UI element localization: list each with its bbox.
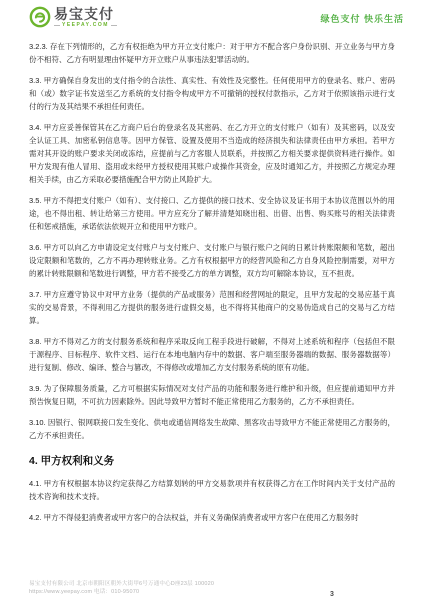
logo-text: 易宝支付 YEEPAY.COM <box>54 7 117 28</box>
paragraph-3-6: 3.6. 甲方可以向乙方申请设定支付账户与支付账户、支付账户与银行账户之间的日累… <box>29 241 395 280</box>
footer-address: 易宝支付有限公司 北京市朝阳区朝外大街甲6号万通中心D座23层 100020 <box>29 580 214 588</box>
page-number: 3 <box>330 591 334 598</box>
paragraph-3-5: 3.5. 甲方不得把支付账户（如有）、支付接口、乙方提供的接口技术、安全协议及证… <box>29 194 395 233</box>
paragraph-3-3: 3.3. 甲方确保自身发出的支付指令的合法性、真实性、有效性及完整性。任何使用甲… <box>29 74 395 113</box>
document-body: 3.2.3. 存在下列情形的，乙方有权拒绝为甲方开立支付账户：对于甲方不配合客户… <box>29 40 395 532</box>
paragraph-3-8: 3.8. 甲方不得对乙方的支付服务系统和程序采取反向工程手段进行破解，不得对上述… <box>29 335 395 374</box>
footer-company-info: 易宝支付有限公司 北京市朝阳区朝外大街甲6号万通中心D座23层 100020 h… <box>29 580 214 596</box>
section-heading-4: 4. 甲方权利和义务 <box>29 455 395 468</box>
yeepay-logo-icon <box>29 6 51 28</box>
page-header: 易宝支付 YEEPAY.COM 绿色支付 快乐生活 <box>29 6 404 38</box>
paragraph-4-2: 4.2. 甲方不得侵犯消费者或甲方客户的合法权益，并有义务确保消费者或甲方客户在… <box>29 511 395 524</box>
paragraph-4-1: 4.1. 甲方有权根据本协议约定获得乙方结算划转的甲方交易款项并有权获得乙方在工… <box>29 477 395 503</box>
paragraph-3-10: 3.10. 因银行、银网联接口发生变化、供电或通信网络发生故障、黑客攻击导致甲方… <box>29 416 395 442</box>
logo-brand: 易宝支付 <box>54 7 117 21</box>
paragraph-3-9: 3.9. 为了保障服务质量，乙方可根据实际情况对支付产品的功能和服务进行维护和升… <box>29 382 395 408</box>
header-slogan: 绿色支付 快乐生活 <box>320 12 404 25</box>
yeepay-logo: 易宝支付 YEEPAY.COM <box>29 6 117 28</box>
logo-domain: YEEPAY.COM <box>54 23 117 28</box>
paragraph-3-2-3: 3.2.3. 存在下列情形的，乙方有权拒绝为甲方开立支付账户：对于甲方不配合客户… <box>29 40 395 66</box>
page-footer: 易宝支付有限公司 北京市朝阳区朝外大街甲6号万通中心D座23层 100020 h… <box>29 580 395 596</box>
document-page: 易宝支付 YEEPAY.COM 绿色支付 快乐生活 3.2.3. 存在下列情形的… <box>0 0 424 604</box>
paragraph-3-7: 3.7. 甲方应遵守协议中对甲方业务（提供的产品或服务）范围和经营网址的限定，且… <box>29 288 395 327</box>
footer-contact: https://www.yeepay.com 电话：010-95070 <box>29 588 214 596</box>
paragraph-3-4: 3.4. 甲方应妥善保管其在乙方商户后台的登录名及其密码、在乙方开立的支付账户（… <box>29 121 395 186</box>
